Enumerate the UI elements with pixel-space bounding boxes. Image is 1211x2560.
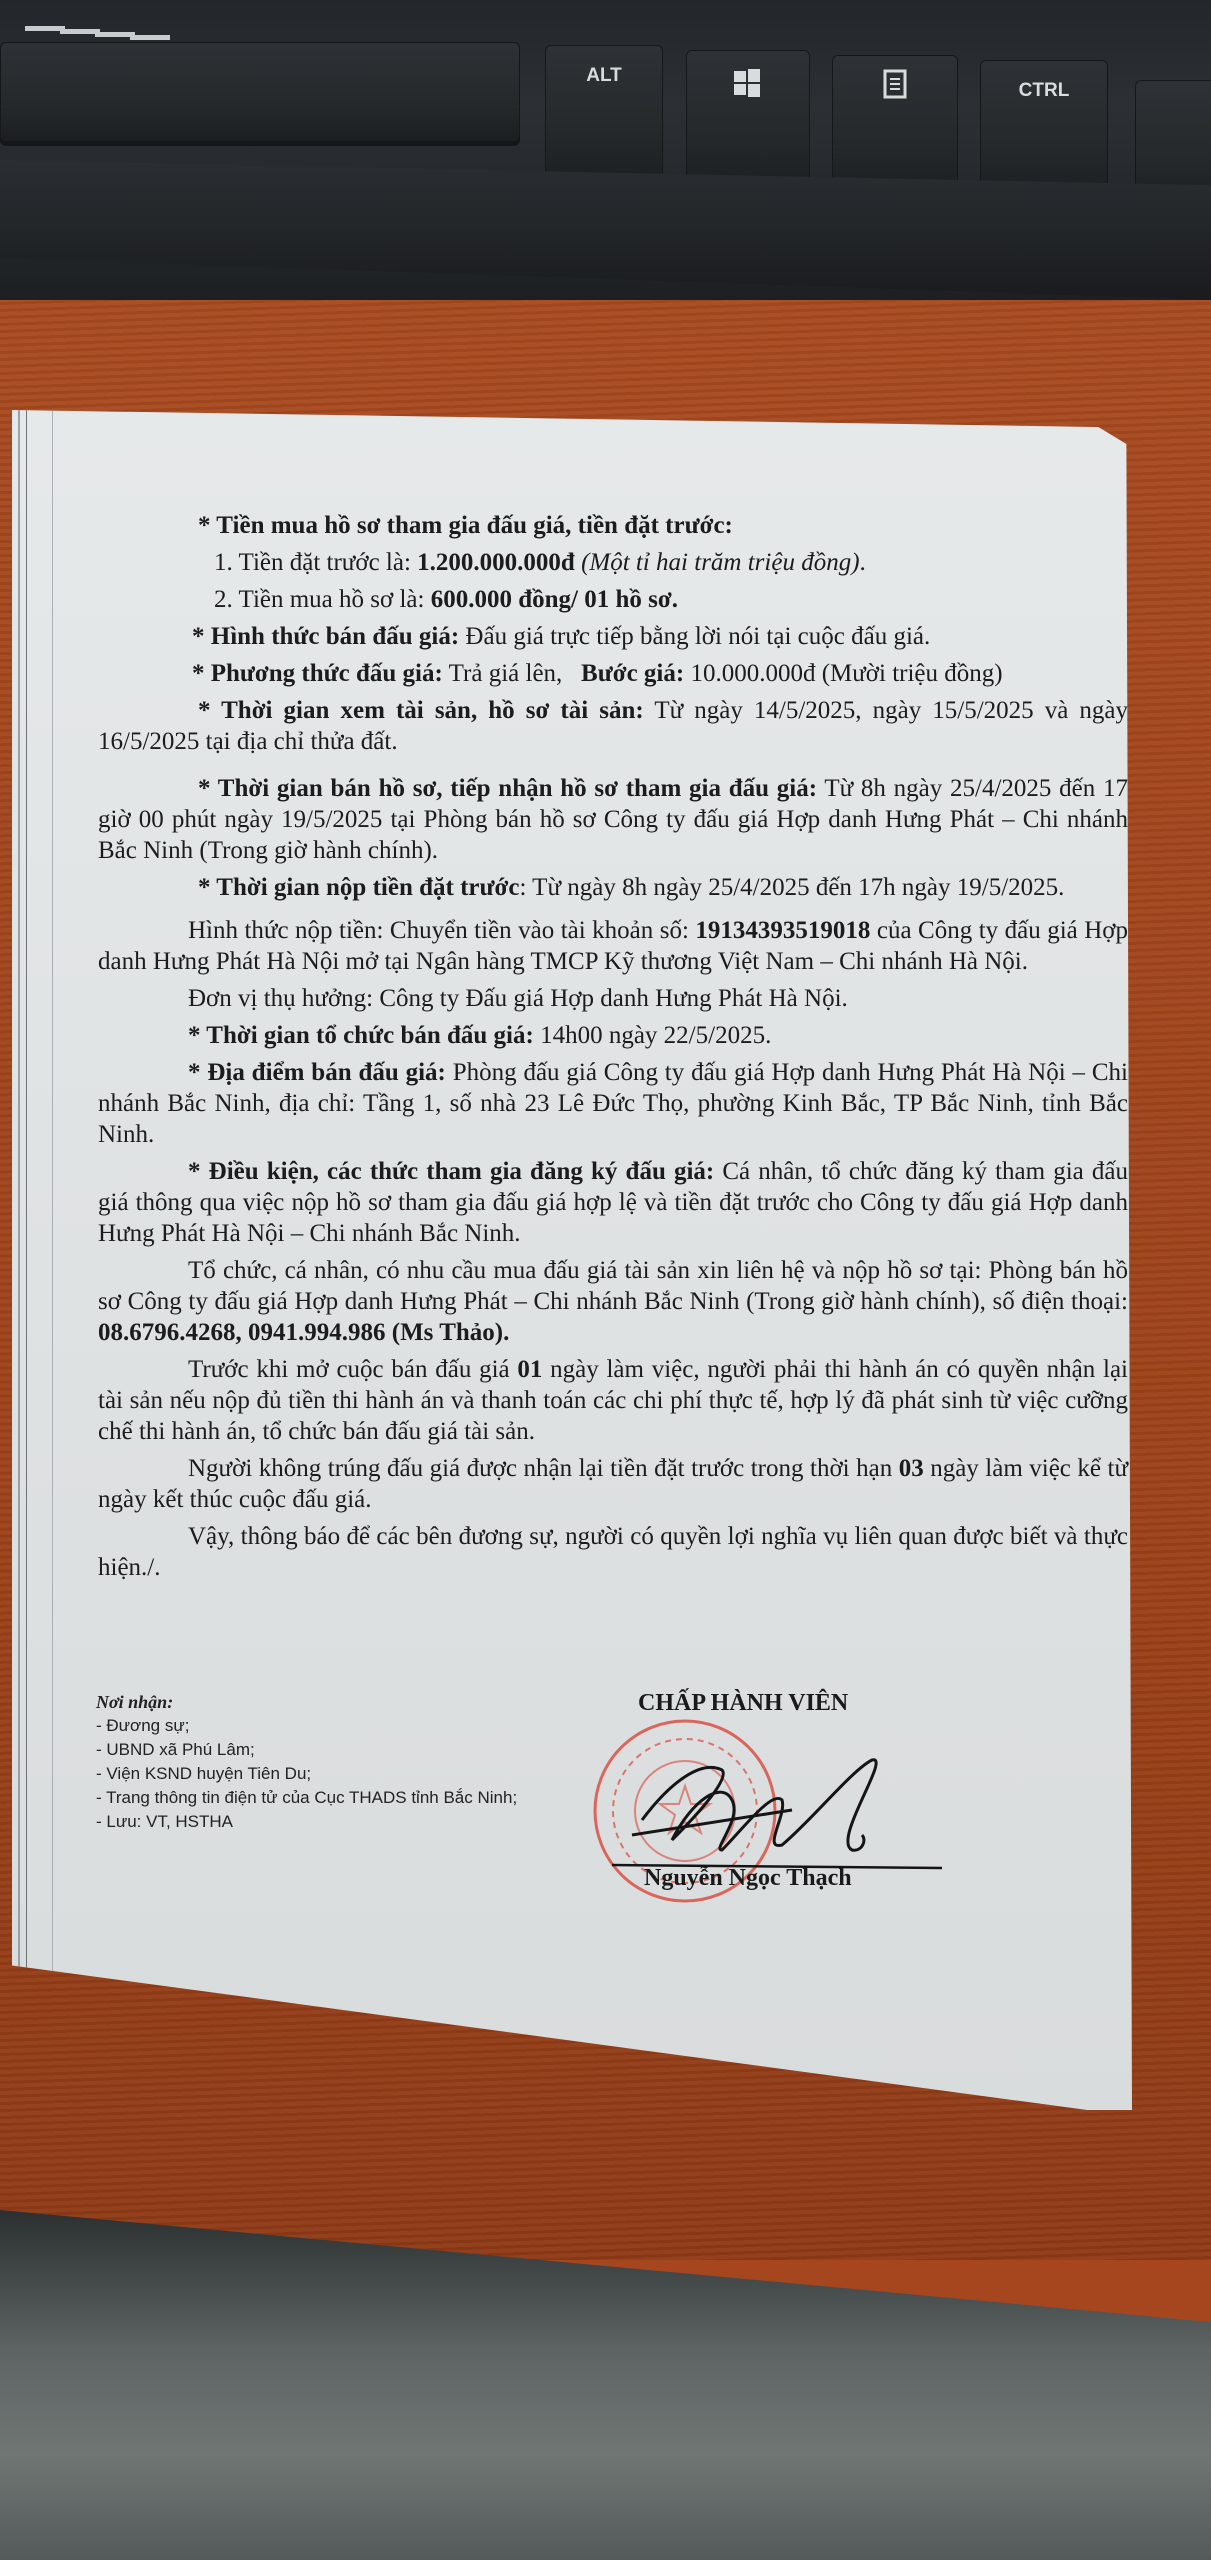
payment-method: Hình thức nộp tiền: Chuyển tiền vào tài …	[98, 915, 1128, 977]
days-count: 03	[899, 1455, 924, 1482]
keyboard: ALT CTRL	[0, 0, 1211, 300]
dossier-sale-time: * Thời gian bán hồ sơ, tiếp nhận hồ sơ t…	[98, 773, 1128, 866]
ctrl-key[interactable]: CTRL	[980, 60, 1108, 200]
binding-edge	[26, 410, 27, 2110]
document-body: * Tiền mua hồ sơ tham gia đấu giá, tiền …	[98, 510, 1128, 1589]
recipients-block: Nơi nhận: - Đương sự; - UBND xã Phú Lâm;…	[96, 1690, 546, 1834]
section-fees: * Tiền mua hồ sơ tham gia đấu giá, tiền …	[98, 510, 1128, 541]
closing-statement: Vậy, thông báo để các bên đương sự, ngườ…	[98, 1521, 1128, 1583]
participation-conditions: * Điều kiện, các thức tham gia đăng ký đ…	[98, 1156, 1128, 1249]
auction-form: * Hình thức bán đấu giá: Đấu giá trực ti…	[98, 621, 1128, 652]
section-heading: * Phương thức đấu giá:	[192, 660, 443, 687]
signatory-title: CHẤP HÀNH VIÊN	[638, 1690, 848, 1717]
label: 1. Tiền đặt trước là:	[214, 549, 417, 576]
recipient-item: - Trang thông tin điện tử của Cục THADS …	[96, 1786, 546, 1810]
recipient-item: - Đương sự;	[96, 1714, 546, 1738]
section-text: Đấu giá trực tiếp bằng lời nói tại cuộc …	[459, 623, 930, 650]
section-text: Người không trúng đấu giá được nhận lại …	[188, 1455, 899, 1482]
deposit-amount: 1. Tiền đặt trước là: 1.200.000.000đ (Mộ…	[98, 547, 1128, 578]
phone-numbers: 08.6796.4268, 0941.994.986 (Ms Thảo).	[98, 1319, 509, 1346]
section-text: : Từ ngày 8h ngày 25/4/2025 đến 17h ngày…	[519, 874, 1064, 901]
contact-info: Tổ chức, cá nhân, có nhu cầu mua đấu giá…	[98, 1255, 1128, 1348]
price-step-value: 10.000.000đ (Mười triệu đồng)	[684, 660, 1002, 687]
viewing-time: * Thời gian xem tài sản, hồ sơ tài sản: …	[98, 695, 1128, 757]
section-heading: * Hình thức bán đấu giá:	[192, 623, 459, 650]
section-heading: * Thời gian nộp tiền đặt trước	[198, 874, 519, 901]
windows-key[interactable]	[686, 50, 810, 190]
section-text: Tổ chức, cá nhân, có nhu cầu mua đấu giá…	[98, 1257, 1128, 1315]
auction-time: * Thời gian tổ chức bán đấu giá: 14h00 n…	[98, 1020, 1128, 1051]
price-step-label: Bước giá:	[562, 660, 684, 687]
signatory-name: Nguyễn Ngọc Thạch	[644, 1865, 852, 1892]
alt-key[interactable]: ALT	[545, 45, 663, 185]
beneficiary: Đơn vị thụ hưởng: Công ty Đấu giá Hợp da…	[98, 983, 1128, 1014]
section-heading: * Điều kiện, các thức tham gia đăng ký đ…	[188, 1158, 714, 1185]
section-heading: * Địa điểm bán đấu giá:	[188, 1059, 446, 1086]
value: 600.000 đồng/ 01 hồ sơ.	[431, 586, 678, 613]
section-text: Vậy, thông báo để các bên đương sự, ngườ…	[98, 1523, 1128, 1581]
deposit-refund: Người không trúng đấu giá được nhận lại …	[98, 1453, 1128, 1515]
deposit-time: * Thời gian nộp tiền đặt trước: Từ ngày …	[98, 872, 1128, 903]
section-text: 14h00 ngày 22/5/2025.	[534, 1022, 772, 1049]
dossier-fee: 2. Tiền mua hồ sơ là: 600.000 đồng/ 01 h…	[98, 584, 1128, 615]
chair-seat	[0, 2210, 1211, 2560]
value-words: (Một tỉ hai trăm triệu đồng)	[575, 549, 860, 576]
recipient-item: - Lưu: VT, HSTHA	[96, 1810, 546, 1834]
recipients-title: Nơi nhận:	[96, 1690, 546, 1714]
recipient-item: - UBND xã Phú Lâm;	[96, 1738, 546, 1762]
account-number: 19134393519018	[695, 917, 870, 944]
signature-block: CHẤP HÀNH VIÊN Nguyễn Ngọc Thạch	[572, 1690, 972, 1950]
section-heading: * Thời gian bán hồ sơ, tiếp nhận hồ sơ t…	[198, 775, 817, 802]
handwritten-signature-icon	[612, 1740, 952, 1870]
key-edge-mark	[95, 32, 135, 37]
menu-key-icon	[883, 69, 907, 99]
key-edge-mark	[130, 35, 170, 40]
spacebar-key[interactable]	[0, 42, 520, 142]
label: 2. Tiền mua hồ sơ là:	[214, 586, 431, 613]
key-edge-mark	[60, 29, 100, 34]
asset-redemption: Trước khi mở cuộc bán đấu giá 01 ngày là…	[98, 1354, 1128, 1447]
recipient-item: - Viện KSND huyện Tiên Du;	[96, 1762, 546, 1786]
menu-key[interactable]	[832, 55, 958, 195]
auction-location: * Địa điểm bán đấu giá: Phòng đấu giá Cô…	[98, 1057, 1128, 1150]
key-edge-mark	[25, 26, 65, 31]
section-heading: * Tiền mua hồ sơ tham gia đấu giá, tiền …	[198, 512, 733, 539]
document-page: * Tiền mua hồ sơ tham gia đấu giá, tiền …	[12, 410, 1132, 2110]
section-text: Hình thức nộp tiền: Chuyển tiền vào tài …	[188, 917, 695, 944]
windows-logo-icon	[732, 68, 762, 98]
punct: .	[860, 549, 866, 576]
days-count: 01	[517, 1356, 542, 1383]
auction-method: * Phương thức đấu giá: Trả giá lên, Bước…	[98, 658, 1128, 689]
section-heading: * Thời gian tổ chức bán đấu giá:	[188, 1022, 534, 1049]
section-text: Trước khi mở cuộc bán đấu giá	[188, 1356, 517, 1383]
binding-edge	[18, 410, 53, 2110]
section-heading: * Thời gian xem tài sản, hồ sơ tài sản:	[198, 697, 644, 724]
section-text: Đơn vị thụ hưởng: Công ty Đấu giá Hợp da…	[188, 985, 848, 1012]
section-text: Trả giá lên,	[443, 660, 562, 687]
value: 1.200.000.000đ	[417, 549, 575, 576]
